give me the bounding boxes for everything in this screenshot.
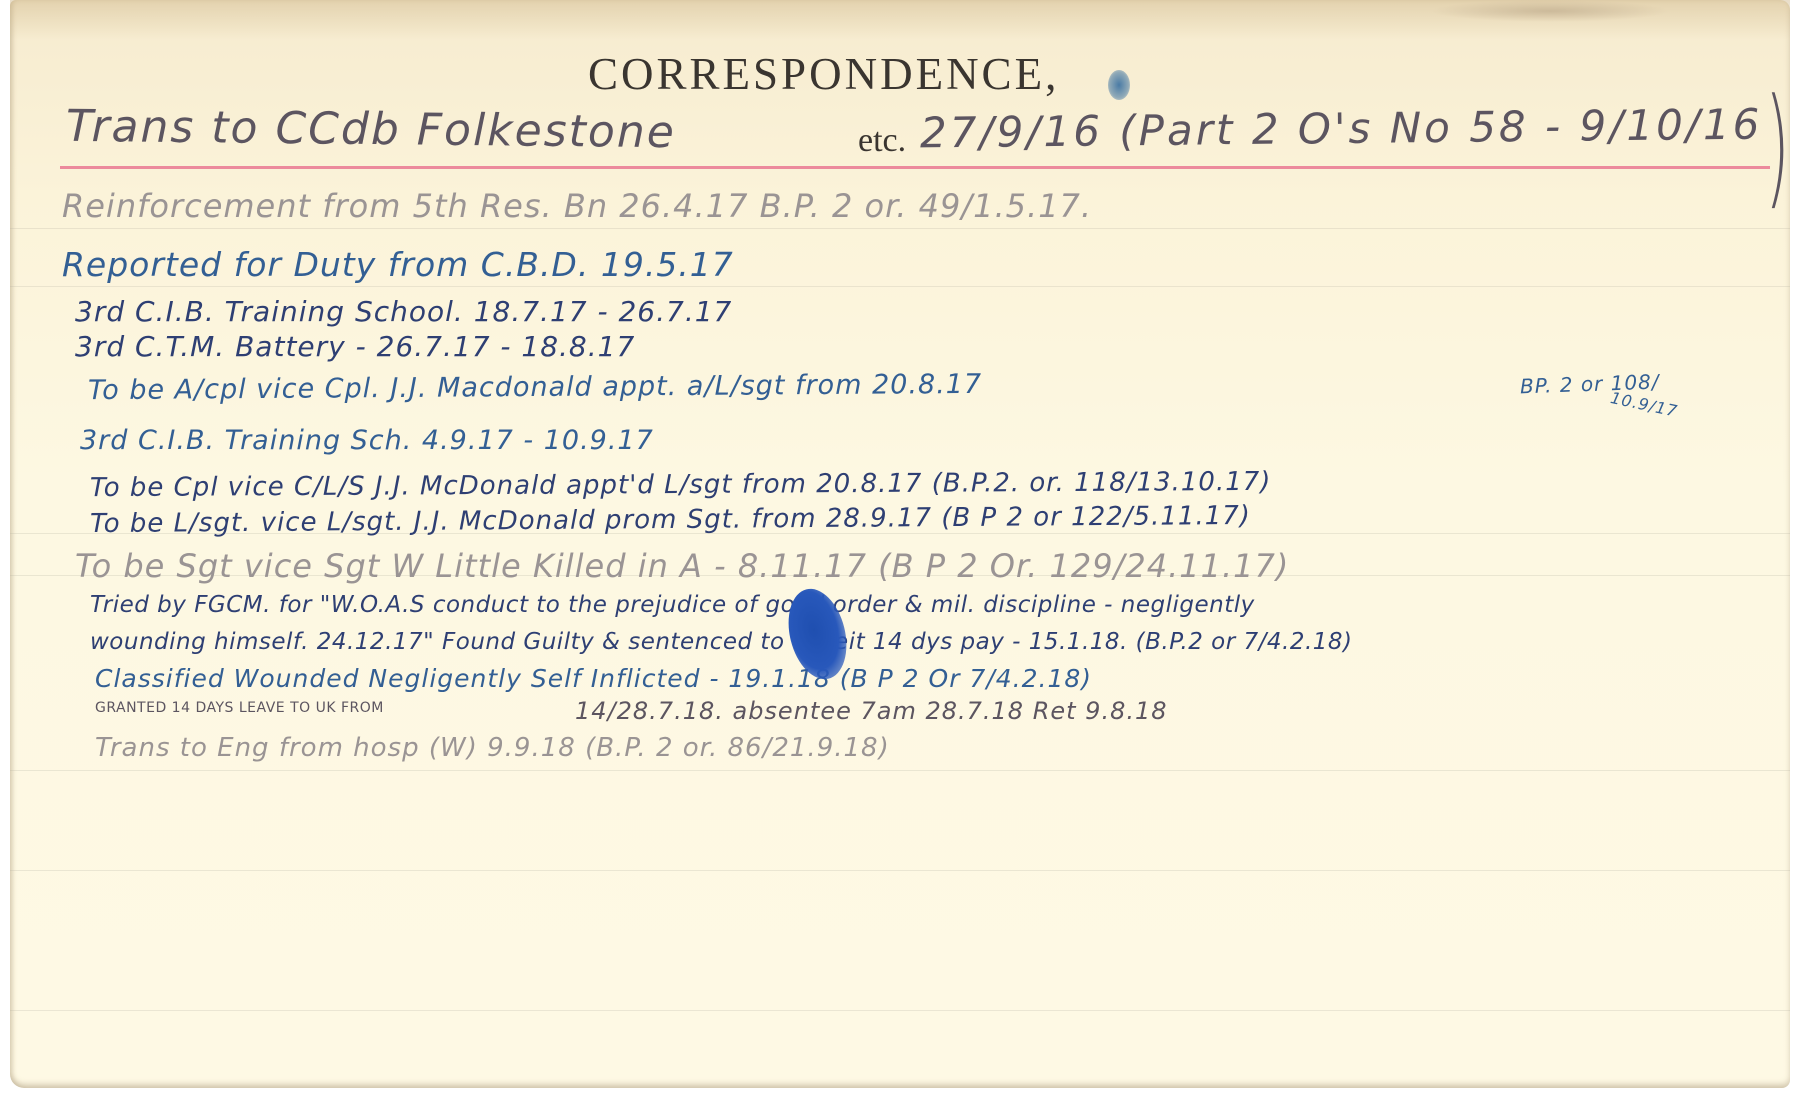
entry-training-school: 3rd C.I.B. Training School. 18.7.17 - 26… [75,295,732,328]
entry-transfer-england: Trans to Eng from hosp (W) 9.9.18 (B.P. … [95,733,890,763]
entry-fgcm-sentence: wounding himself. 24.12.17" Found Guilty… [90,629,1353,655]
entry-reinforcement: Reinforcement from 5th Res. Bn 26.4.17 B… [62,187,1092,225]
entry-fgcm-trial: Tried by FGCM. for "W.O.A.S conduct to t… [90,592,1255,618]
entry-transfer-folkestone-ref: 27/9/16 (Part 2 O's No 58 - 9/10/16 [920,100,1763,158]
ruled-line [10,1010,1790,1011]
entry-corporal: To be Cpl vice C/L/S J.J. McDonald appt'… [90,467,1272,503]
heading-suffix: etc. [858,122,906,160]
closing-parenthesis: ) [1765,70,1790,222]
entry-leave-dates: 14/28.7.18. absentee 7am 28.7.18 Ret 9.8… [575,697,1168,725]
entry-reported-for-duty: Reported for Duty from C.B.D. 19.5.17 [62,245,734,284]
entry-training-school-2: 3rd C.I.B. Training Sch. 4.9.17 - 10.9.1… [80,425,654,456]
entry-acting-corporal: To be A/cpl vice Cpl. J.J. Macdonald app… [88,369,982,406]
ink-blot-small [1108,70,1130,100]
entry-leave-granted: GRANTED 14 DAYS LEAVE TO UK FROM [95,700,384,716]
entry-tm-battery: 3rd C.T.M. Battery - 26.7.17 - 18.8.17 [75,330,635,363]
ruled-line [10,770,1790,771]
entry-classified-wounded: Classified Wounded Negligently Self Infl… [95,664,1092,693]
ruled-line [10,286,1790,287]
ruled-line [10,870,1790,871]
paper-stain [1430,0,1670,22]
ruled-line [10,228,1790,229]
red-rule-divider [60,166,1770,169]
entry-transfer-folkestone: Trans to CCdb Folkestone [66,101,676,158]
card-heading: CORRESPONDENCE, [588,48,1059,100]
service-record-card: CORRESPONDENCE, Trans to CCdb Folkestone… [10,0,1790,1088]
entry-sergeant: To be Sgt vice Sgt W Little Killed in A … [75,547,1289,585]
